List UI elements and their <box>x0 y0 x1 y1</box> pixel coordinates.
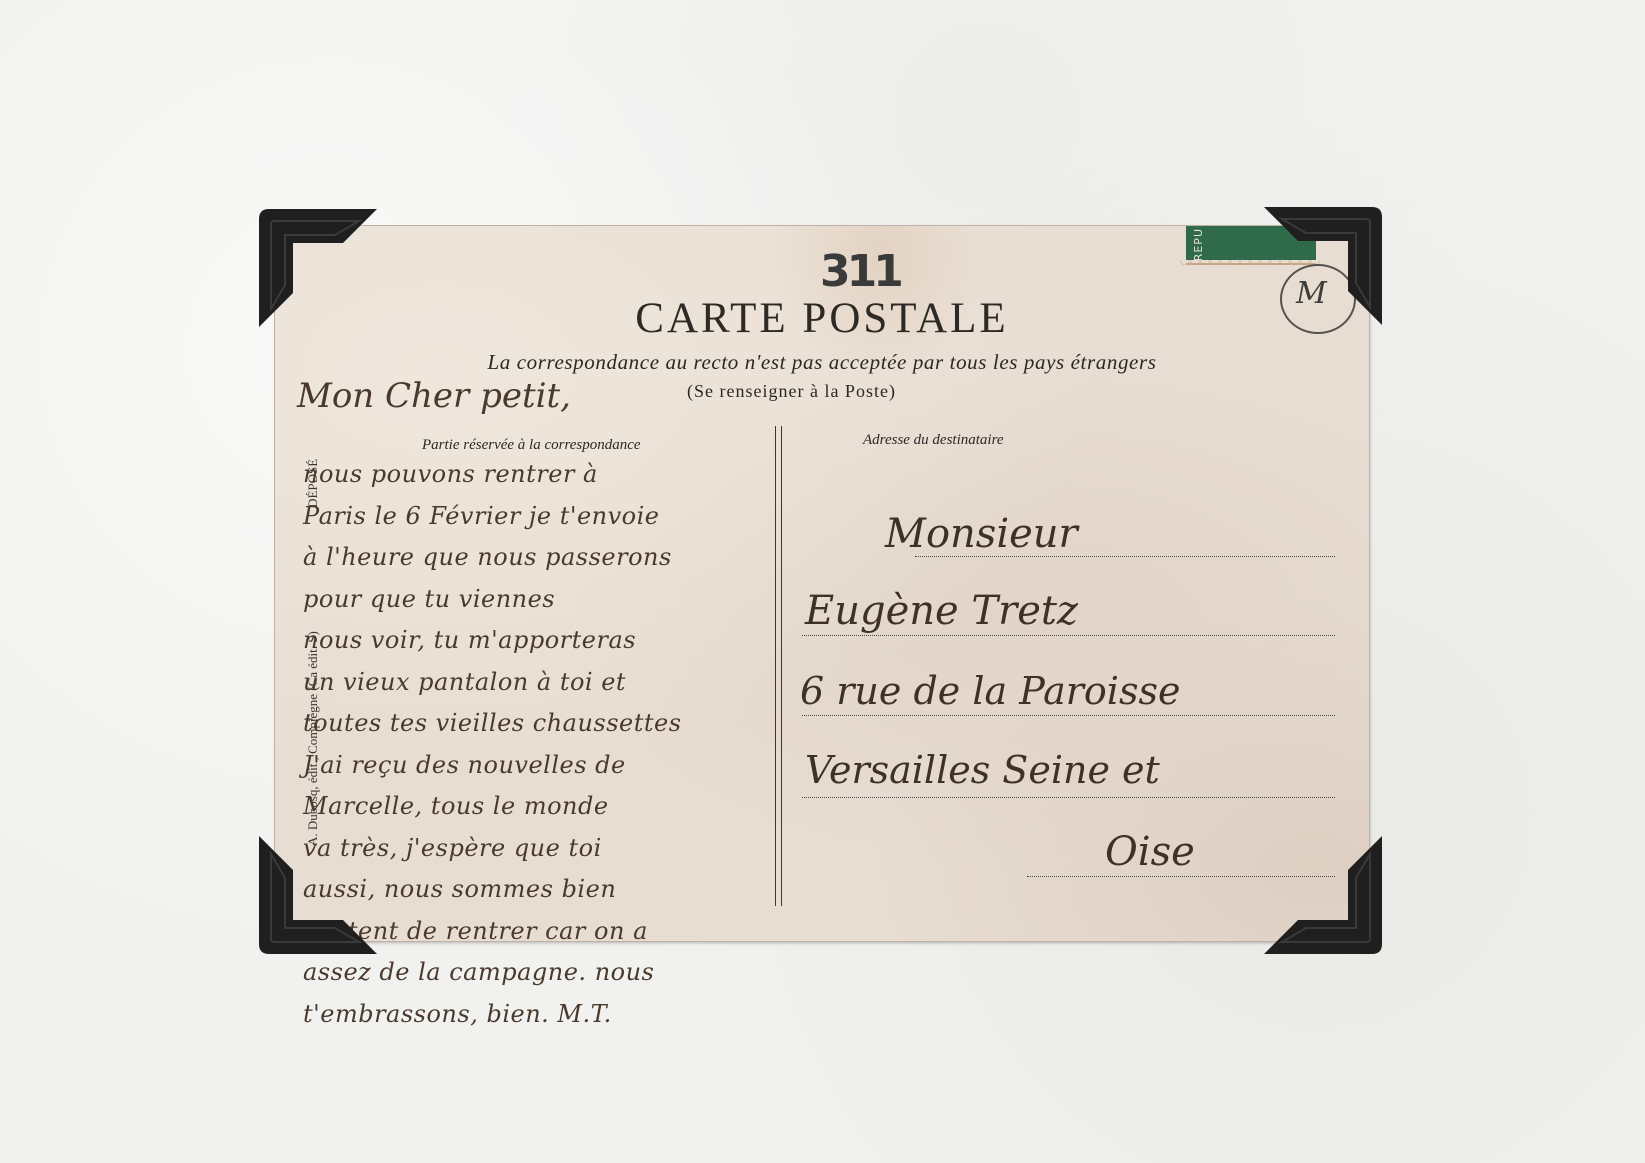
address-line-4 <box>802 797 1335 798</box>
address-line-2 <box>802 635 1335 636</box>
message-line: toutes tes vieilles chaussettes <box>303 703 783 745</box>
address-name: Eugène Tretz <box>805 588 1078 634</box>
archive-number: 311 <box>820 246 900 297</box>
message-line: assez de la campagne. nous <box>303 952 783 994</box>
message-line: pour que tu viennes <box>303 579 783 621</box>
postcard-subtitle: La correspondance au recto n'est pas acc… <box>275 350 1369 375</box>
address-label: Adresse du destinataire <box>863 432 1004 449</box>
message-line: nous pouvons rentrer à <box>303 454 783 496</box>
address-line-3 <box>802 715 1335 716</box>
stamp-text: REPU <box>1192 228 1205 261</box>
message-line: nous voir, tu m'apporteras <box>303 620 783 662</box>
message-line: Paris le 6 Février je t'envoie <box>303 496 783 538</box>
message-greeting: Mon Cher petit, <box>297 376 571 416</box>
photo-corner-top-right <box>1264 207 1382 325</box>
photo-corner-bottom-left <box>259 836 377 954</box>
address-region: Oise <box>1105 829 1195 875</box>
message-line: Marcelle, tous le monde <box>303 786 783 828</box>
address-street: 6 rue de la Paroisse <box>800 669 1180 713</box>
postcard-subnote: (Se renseigner à la Poste) <box>687 381 896 402</box>
postcard-title: CARTE POSTALE <box>275 294 1369 343</box>
address-city: Versailles Seine et <box>805 748 1160 792</box>
correspondence-label: Partie réservée à la correspondance <box>422 437 641 454</box>
message-line: t'embrassons, bien. M.T. <box>303 994 783 1036</box>
photo-corner-top-left <box>259 209 377 327</box>
address-salutation: Monsieur <box>885 511 1078 557</box>
message-line: un vieux pantalon à toi et <box>303 662 783 704</box>
photo-corner-bottom-right <box>1264 836 1382 954</box>
message-line: J'ai reçu des nouvelles de <box>303 745 783 787</box>
message-line: à l'heure que nous passerons <box>303 537 783 579</box>
postcard-back: REPU 311 M CARTE POSTALE La correspondan… <box>275 226 1369 941</box>
